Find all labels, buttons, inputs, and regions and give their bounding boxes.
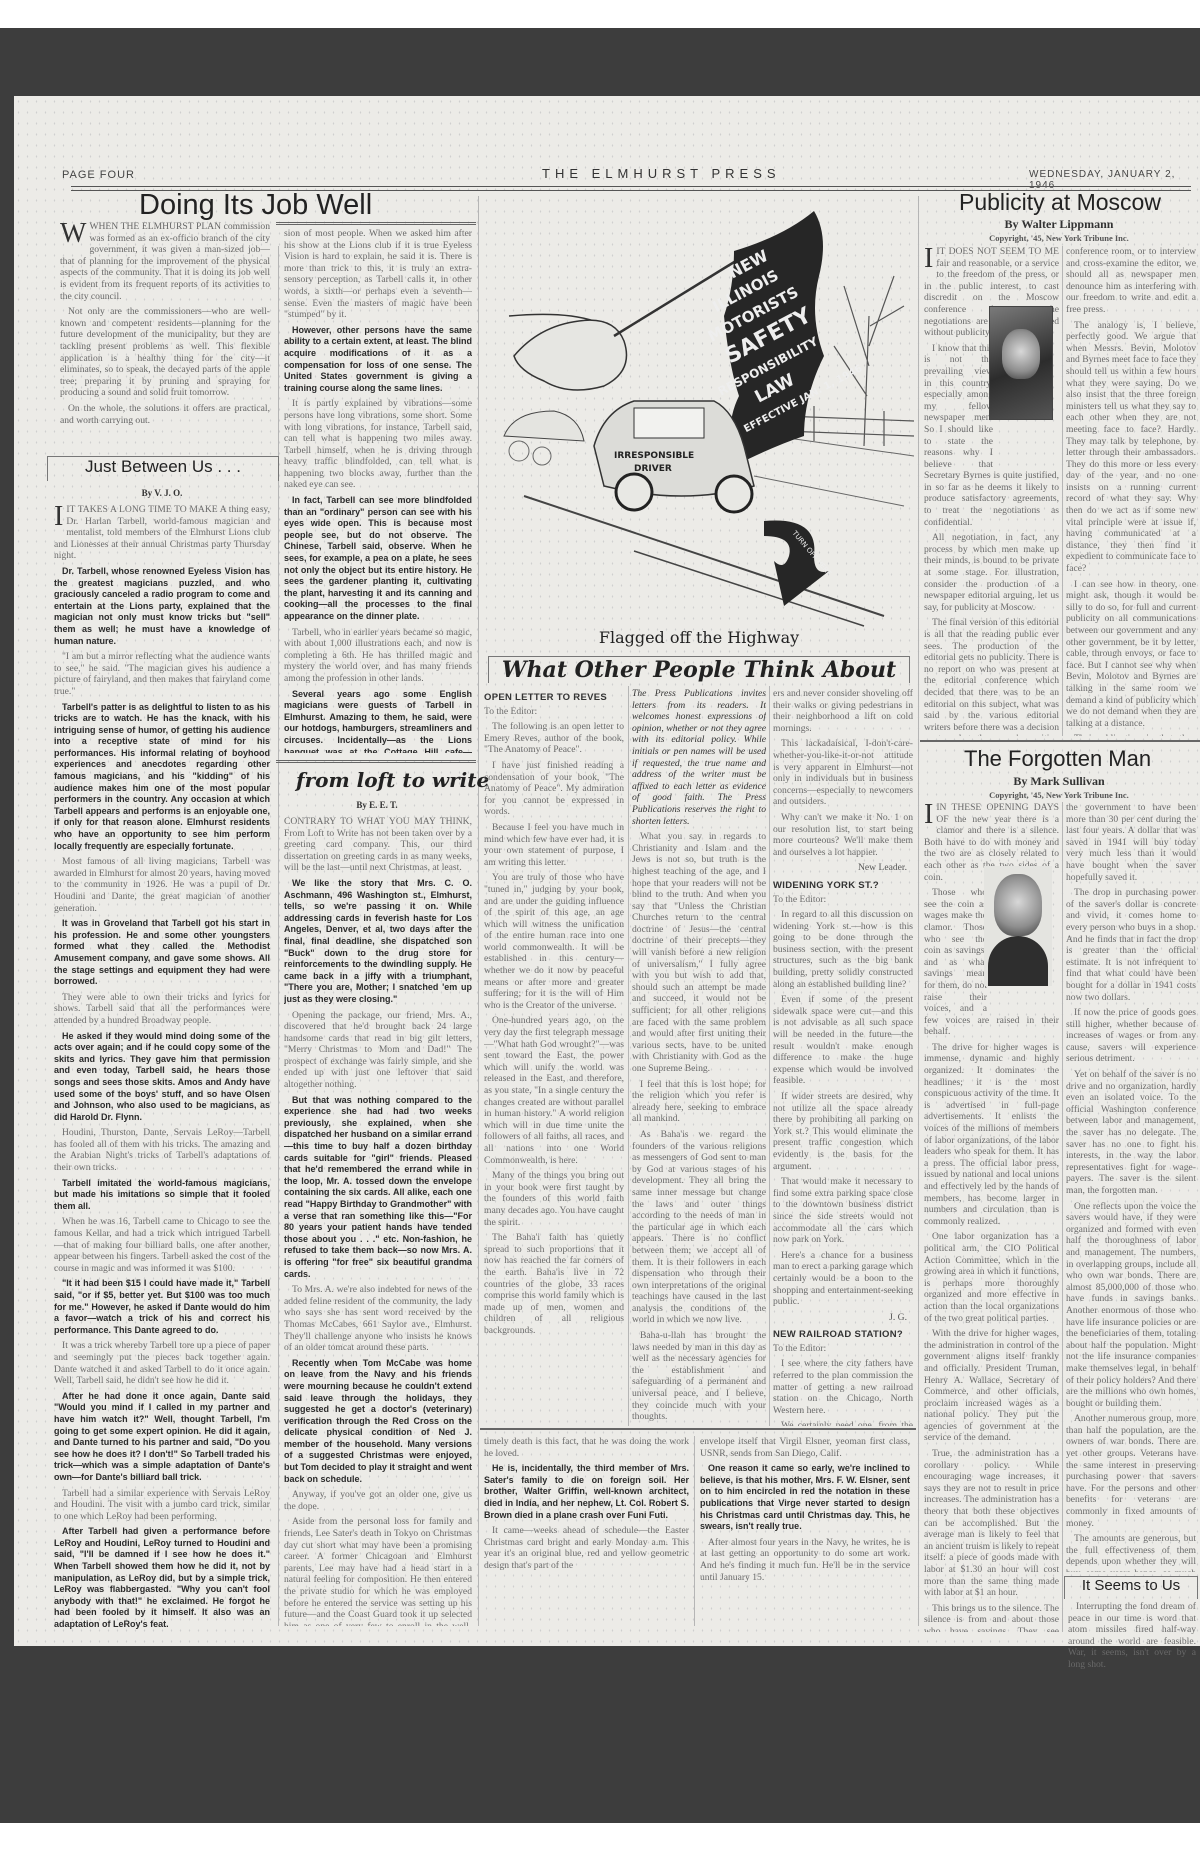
paragraph: I can see how in theory, one might ask, … bbox=[1066, 579, 1196, 730]
letter-signature: J. G. bbox=[773, 1312, 907, 1324]
letter-body: This lackadaisical, I-don't-care-whether… bbox=[773, 738, 913, 808]
letter-body: Because I feel you have much in mind whi… bbox=[484, 822, 624, 868]
letter-heading: OPEN LETTER TO REVES bbox=[484, 692, 624, 704]
just-between-us-col1: IIT TAKES A LONG TIME TO MAKE A thing ea… bbox=[54, 504, 270, 1629]
letter-salutation: To the Editor: bbox=[484, 706, 624, 718]
from-loft-col2: timely death is this fact, that he was d… bbox=[484, 1436, 689, 1636]
column-divider bbox=[918, 196, 919, 1626]
letter-body: I have just finished reading a condensat… bbox=[484, 760, 624, 818]
letters-policy: The Press Publications invites letters f… bbox=[632, 688, 766, 827]
letter-body: One-hundred years ago, on the very day t… bbox=[484, 1015, 624, 1166]
letter-body: Here's a chance for a business man to er… bbox=[773, 1250, 913, 1308]
paragraph: envelope itself that Virgil Elsner, yeom… bbox=[700, 1436, 910, 1459]
paragraph: Tarbell, who in earlier years became so … bbox=[284, 627, 472, 685]
paragraph: Another numerous group, more than half t… bbox=[1066, 1413, 1196, 1529]
byline: By Mark Sullivan bbox=[924, 774, 1194, 789]
paragraph: Aside from the personal loss for family … bbox=[284, 1516, 472, 1626]
editorial-title: Doing Its Job Well bbox=[139, 189, 372, 222]
drop-cap: I bbox=[54, 506, 63, 528]
column-title-from-loft-to-write: from loft to write bbox=[296, 768, 489, 792]
paragraph: The amounts are generous, but the full e… bbox=[1066, 1533, 1196, 1572]
letter-body: The Baha'i faith has quietly spread to s… bbox=[484, 1232, 624, 1336]
letters-col2: The Press Publications invites letters f… bbox=[632, 688, 766, 1426]
column-divider bbox=[1062, 246, 1063, 736]
paragraph: With the drive for higher wages, the adm… bbox=[924, 1328, 1059, 1444]
paragraph: sion of most people. When we asked him a… bbox=[284, 228, 472, 321]
section-rule bbox=[920, 740, 1200, 742]
paragraph: After he had done it once again, Dante s… bbox=[54, 1391, 270, 1484]
paragraph: Recently when Tom McCabe was home on lea… bbox=[284, 1358, 472, 1486]
paragraph: They were able to own their tricks and l… bbox=[54, 992, 270, 1027]
paragraph: Anyway, if you've got an older one, give… bbox=[284, 1489, 472, 1512]
paragraph: It was in Groveland that Tarbell got his… bbox=[54, 918, 270, 988]
letter-salutation: To the Editor: bbox=[773, 1343, 913, 1355]
paragraph: If now the price of goods goes still hig… bbox=[1066, 1007, 1196, 1065]
forgotten-man-col2: the government to have been more than 30… bbox=[1066, 802, 1196, 1572]
letter-body: If wider streets are desired, why not ut… bbox=[773, 1091, 913, 1172]
letter-body: What you say in regards to Christianity … bbox=[632, 831, 766, 1074]
article-title-forgotten-man: The Forgotten Man bbox=[964, 746, 1151, 772]
paragraph: Several years ago some English magicians… bbox=[284, 689, 472, 753]
paragraph: timely death is this fact, that he was d… bbox=[484, 1436, 689, 1459]
editorial-body: WWHEN THE ELMHURST PLAN commission was f… bbox=[60, 221, 270, 430]
paragraph: To Mrs. A. we're also indebted for news … bbox=[284, 1284, 472, 1354]
copyright-line: Copyright, '45, New York Tribune Inc. bbox=[924, 233, 1194, 243]
letter-heading: NEW RAILROAD STATION? bbox=[773, 1329, 913, 1341]
drop-cap: I bbox=[924, 804, 933, 826]
letter-body: Even if some of the present sidewalk spa… bbox=[773, 994, 913, 1087]
editorial-paragraph: Not only are the commissioners—who are w… bbox=[60, 306, 270, 399]
portrait-face bbox=[994, 874, 1042, 936]
section-rule bbox=[480, 1428, 916, 1430]
letter-body: I feel that this is lost hope; for the r… bbox=[632, 1079, 766, 1125]
paragraph: One labor organization has a political a… bbox=[924, 1231, 1059, 1324]
editorial-paragraph: On the whole, the solutions it offers ar… bbox=[60, 403, 270, 426]
byline: By Walter Lippmann bbox=[924, 217, 1194, 232]
letter-body: Baha-u-llah has brought the laws needed … bbox=[632, 1330, 766, 1423]
letter-body: As Baha'is we regard the founders of the… bbox=[632, 1129, 766, 1326]
cartoon-caption: Flagged off the Highway bbox=[484, 628, 914, 647]
paragraph: "I am but a mirror reflecting what the a… bbox=[54, 651, 270, 697]
paragraph: CONTRARY TO WHAT YOU MAY THINK, From Lof… bbox=[284, 816, 472, 874]
byline: By E. E. T. bbox=[282, 800, 472, 810]
editorial-paragraph: WWHEN THE ELMHURST PLAN commission was f… bbox=[60, 221, 270, 302]
letter-body: That would make it necessary to find som… bbox=[773, 1176, 913, 1246]
paragraph: Most famous of all living magicians, Tar… bbox=[54, 856, 270, 914]
paragraph: The drive for higher wages is immense, d… bbox=[924, 1042, 1059, 1228]
drop-cap: W bbox=[60, 223, 86, 245]
paragraph: Their obligation is that they shall publ… bbox=[1066, 733, 1196, 736]
paragraph: He is, incidentally, the third member of… bbox=[484, 1463, 689, 1521]
column-divider bbox=[769, 686, 770, 1426]
paragraph: It was a trick whereby Tarbell tore up a… bbox=[54, 1340, 270, 1386]
paragraph: In fact, Tarbell can see more blindfolde… bbox=[284, 495, 472, 623]
paragraph: Yet on behalf of the saver is no drive a… bbox=[1066, 1069, 1196, 1197]
letters-col1: OPEN LETTER TO REVES To the Editor: The … bbox=[484, 688, 624, 1426]
letter-body: Why can't we make it No. 1 on our resolu… bbox=[773, 812, 913, 858]
letters-banner: What Other People Think About bbox=[488, 656, 910, 683]
column-divider bbox=[628, 686, 629, 1426]
paragraph: Tarbell had a similar experience with Se… bbox=[54, 1488, 270, 1523]
letter-body: Many of the things you bring out in your… bbox=[484, 1170, 624, 1228]
from-loft-col1: CONTRARY TO WHAT YOU MAY THINK, From Lof… bbox=[284, 816, 472, 1626]
paragraph: One reason it came so early, we're incli… bbox=[700, 1463, 910, 1533]
paragraph: It came—weeks ahead of schedule—the East… bbox=[484, 1525, 689, 1571]
paragraph: conference room, or to interview and cro… bbox=[1066, 246, 1196, 316]
column-title-just-between-us: Just Between Us . . . bbox=[47, 456, 279, 481]
from-loft-col3: envelope itself that Virgil Elsner, yeom… bbox=[700, 1436, 910, 1636]
svg-text:DRIVER: DRIVER bbox=[634, 464, 672, 474]
paragraph: IIT TAKES A LONG TIME TO MAKE A thing ea… bbox=[54, 504, 270, 562]
copyright-line: Copyright, '45, New York Tribune Inc. bbox=[924, 790, 1194, 800]
letter-heading: WIDENING YORK ST.? bbox=[773, 880, 913, 892]
paragraph: the government to have been more than 30… bbox=[1066, 802, 1196, 883]
letter-signature: New Leader. bbox=[773, 862, 907, 874]
just-between-us-col2: sion of most people. When we asked him a… bbox=[284, 228, 472, 753]
car-label: IRRESPONSIBLE bbox=[614, 451, 694, 461]
paragraph: It is partly explained by vibrations—som… bbox=[284, 398, 472, 491]
drop-cap: I bbox=[924, 248, 933, 270]
paragraph: True, the administration has a corollary… bbox=[924, 1448, 1059, 1599]
letter-body: I see where the city fathers have referr… bbox=[773, 1358, 913, 1416]
column-title-it-seems-to-us: It Seems to Us bbox=[1064, 1576, 1198, 1599]
paragraph: Opening the package, our friend, Mrs. A.… bbox=[284, 1010, 472, 1091]
paragraph: But that was nothing compared to the exp… bbox=[284, 1095, 472, 1281]
paragraph: However, other persons have the same abi… bbox=[284, 325, 472, 395]
paragraph: He asked if they would mind doing some o… bbox=[54, 1031, 270, 1124]
paragraph: Tarbell imitated the world-famous magici… bbox=[54, 1178, 270, 1213]
paragraph: Houdini, Thurston, Dante, Servais LeRoy—… bbox=[54, 1127, 270, 1173]
letter-body: In regard to all this discussion on wide… bbox=[773, 909, 913, 990]
column-divider bbox=[278, 246, 279, 1626]
section-rule bbox=[276, 222, 476, 225]
it-seems-to-us-body: Interrupting the fond dream of peace in … bbox=[1068, 1601, 1196, 1675]
letters-title: What Other People Think About bbox=[502, 657, 896, 683]
paragraph: Tarbell's patter is as delightful to lis… bbox=[54, 702, 270, 853]
paragraph: Dr. Tarbell, whose renowned Eyeless Visi… bbox=[54, 566, 270, 647]
paragraph: We like the story that Mrs. C. O. Aschma… bbox=[284, 878, 472, 1006]
publicity-col2: conference room, or to interview and cro… bbox=[1066, 246, 1196, 736]
letter-salutation: To the Editor: bbox=[773, 894, 913, 906]
column-divider bbox=[694, 1436, 695, 1626]
portrait-face bbox=[1002, 329, 1040, 379]
editorial-cartoon: NEW ILLINOIS MOTORISTS SAFETY RESPONSIBI… bbox=[484, 196, 914, 656]
letter-intro: The following is an open letter to Emery… bbox=[484, 721, 624, 756]
column-divider bbox=[478, 196, 479, 1626]
paragraph: After Tarbell had given a performance be… bbox=[54, 1526, 270, 1629]
page-label: PAGE FOUR bbox=[62, 169, 135, 181]
article-title-publicity-at-moscow: Publicity at Moscow bbox=[959, 189, 1161, 216]
paragraph: This brings us to the silence. The silen… bbox=[924, 1603, 1059, 1632]
paragraph: The drop in purchasing power of the save… bbox=[1066, 887, 1196, 1003]
paragraph: All negotiation, in fact, any process by… bbox=[924, 532, 1059, 613]
author-photo-walter-lippmann bbox=[989, 306, 1053, 420]
portrait-suit bbox=[988, 936, 1048, 986]
letter-body: You are truly of those who have "tuned i… bbox=[484, 872, 624, 1011]
paragraph: After almost four years in the Navy, he … bbox=[700, 1537, 910, 1583]
paragraph: The analogy is, I believe, perfectly goo… bbox=[1066, 320, 1196, 575]
newspaper-page: PAGE FOUR THE ELMHURST PRESS WEDNESDAY, … bbox=[14, 96, 1200, 1646]
column-divider bbox=[1062, 802, 1063, 1632]
paragraph: One reflects upon the voice the savers w… bbox=[1066, 1201, 1196, 1410]
paragraph: "It it had been $15 I could have made it… bbox=[54, 1278, 270, 1336]
letters-col3: ers and never consider shoveling off the… bbox=[773, 688, 913, 1426]
author-photo-mark-sullivan bbox=[984, 866, 1052, 986]
paper-name: THE ELMHURST PRESS bbox=[542, 166, 781, 181]
paragraph: The final version of this editorial is a… bbox=[924, 617, 1059, 736]
paragraph: When he was 16, Tarbell came to Chicago … bbox=[54, 1216, 270, 1274]
byline: By V. J. O. bbox=[47, 488, 277, 498]
letter-body: ers and never consider shoveling off the… bbox=[773, 688, 913, 734]
cartoon-illustration: NEW ILLINOIS MOTORISTS SAFETY RESPONSIBI… bbox=[484, 196, 914, 656]
section-rule bbox=[276, 760, 476, 763]
paragraph: Interrupting the fond dream of peace in … bbox=[1068, 1601, 1196, 1671]
letter-body: We certainly need one, from the looks of… bbox=[773, 1420, 913, 1426]
